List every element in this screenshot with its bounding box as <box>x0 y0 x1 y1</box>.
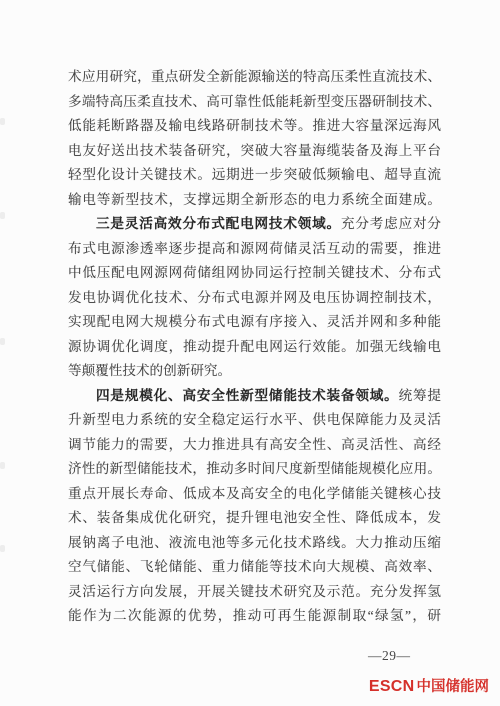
text-line: 调节能力的需要，大力推进具有高安全性、高灵活性、高经 <box>68 433 441 458</box>
text-line: 多端特高压柔直技术、高可靠性低能耗新型变压器研制技术、 <box>68 90 441 115</box>
text-line: 中低压配电网源网荷储组网协同运行控制关键技术、分布式 <box>68 261 441 286</box>
text-line: 实现配电网大规模分布式电源有序接入、灵活并网和多种能 <box>68 310 441 335</box>
text-line: 源协调优化调度，推动提升配电网运行效能。加强无线输电 <box>68 335 441 360</box>
body-text-segment: 等颠覆性技术的创新研究。 <box>68 363 231 378</box>
body-text-segment: 多端特高压柔直技术、高可靠性低能耗新型变压器研制技术、 <box>68 94 441 109</box>
text-line: 布式电源渗透率逐步提高和源网荷储灵活互动的需要，推进 <box>68 237 441 262</box>
text-line: 重点开展长寿命、低成本及高安全的电化学储能关键核心技 <box>68 482 441 507</box>
page-number: —29— <box>368 648 411 664</box>
logo-escn-text: ESCN <box>369 678 415 695</box>
body-text-segment: 灵活运行方向发展，开展关键技术研究及示范。充分发挥氢 <box>68 584 441 599</box>
text-line: 电友好送出技术装备研究，突破大容量海缆装备及海上平台 <box>68 139 441 164</box>
heading-text: 四是规模化、高安全性新型储能技术装备领域。 <box>96 388 399 403</box>
body-text-segment: 统筹提 <box>399 388 441 403</box>
text-line: 输电等新型技术，支撑远期全新形态的电力系统全面建成。 <box>68 188 441 213</box>
body-text-segment: 低能耗断路器及输电线路研制技术等。推进大容量深远海风 <box>68 118 441 133</box>
body-text-segment: 发电协调优化技术、分布式电源并网及电压协调控制技术， <box>68 290 441 305</box>
text-line: 术、装备集成优化研究，提升锂电池安全性、降低成本，发 <box>68 506 441 531</box>
scan-artifact <box>0 212 5 219</box>
scan-artifact <box>0 462 5 469</box>
text-line: 济性的新型储能技术，推动多时间尺度新型储能规模化应用。 <box>68 457 441 482</box>
body-text-segment: 轻型化设计关键技术。远期进一步突破低频输电、超导直流 <box>68 167 441 182</box>
text-line: 等颠覆性技术的创新研究。 <box>68 359 441 384</box>
text-line: 升新型电力系统的安全稳定运行水平、供电保障能力及灵活 <box>68 408 441 433</box>
body-text-segment: 重点开展长寿命、低成本及高安全的电化学储能关键核心技 <box>68 486 441 501</box>
text-line: 四是规模化、高安全性新型储能技术装备领域。统筹提 <box>68 384 441 409</box>
text-line: 轻型化设计关键技术。远期进一步突破低频输电、超导直流 <box>68 163 441 188</box>
body-text-segment: 空气储能、飞轮储能、重力储能等技术向大规模、高效率、 <box>68 559 441 574</box>
body-text-segment: 中低压配电网源网荷储组网协同运行控制关键技术、分布式 <box>68 265 441 280</box>
text-line: 灵活运行方向发展，开展关键技术研究及示范。充分发挥氢 <box>68 580 441 605</box>
body-text-segment: 展钠离子电池、液流电池等多元化技术路线。大力推动压缩 <box>68 535 441 550</box>
body-text-segment: 充分考虑应对分 <box>341 216 441 231</box>
text-line: 空气储能、飞轮储能、重力储能等技术向大规模、高效率、 <box>68 555 441 580</box>
scan-artifact <box>0 118 5 125</box>
body-text-segment: 济性的新型储能技术，推动多时间尺度新型储能规模化应用。 <box>68 461 441 476</box>
body-text-segment: 输电等新型技术，支撑远期全新形态的电力系统全面建成。 <box>68 192 441 207</box>
text-line: 展钠离子电池、液流电池等多元化技术路线。大力推动压缩 <box>68 531 441 556</box>
scan-artifact <box>0 545 5 552</box>
document-page: 术应用研究，重点研发全新能源输送的特高压柔性直流技术、多端特高压柔直技术、高可靠… <box>0 0 500 706</box>
text-line: 发电协调优化技术、分布式电源并网及电压协调控制技术， <box>68 286 441 311</box>
text-line: 低能耗断路器及输电线路研制技术等。推进大容量深远海风 <box>68 114 441 139</box>
body-text-segment: 源协调优化调度，推动提升配电网运行效能。加强无线输电 <box>68 339 441 354</box>
logo-cn-text: 中国储能网 <box>417 679 490 695</box>
heading-text: 三是灵活高效分布式配电网技术领域。 <box>96 216 341 231</box>
body-text-segment: 术应用研究，重点研发全新能源输送的特高压柔性直流技术、 <box>68 69 441 84</box>
text-line: 三是灵活高效分布式配电网技术领域。充分考虑应对分 <box>68 212 441 237</box>
body-text-segment: 升新型电力系统的安全稳定运行水平、供电保障能力及灵活 <box>68 412 441 427</box>
body-text-segment: 布式电源渗透率逐步提高和源网荷储灵活互动的需要，推进 <box>68 241 441 256</box>
scan-artifact <box>0 338 5 345</box>
body-text-segment: 能作为二次能源的优势，推动可再生能源制取“绿氢”，研 <box>68 608 441 623</box>
body-text-segment: 调节能力的需要，大力推进具有高安全性、高灵活性、高经 <box>68 437 441 452</box>
escn-logo: ESCN中国储能网 <box>369 679 489 695</box>
body-text: 术应用研究，重点研发全新能源输送的特高压柔性直流技术、多端特高压柔直技术、高可靠… <box>68 65 441 629</box>
body-text-segment: 实现配电网大规模分布式电源有序接入、灵活并网和多种能 <box>68 314 441 329</box>
body-text-segment: 电友好送出技术装备研究，突破大容量海缆装备及海上平台 <box>68 143 441 158</box>
text-line: 术应用研究，重点研发全新能源输送的特高压柔性直流技术、 <box>68 65 441 90</box>
text-line: 能作为二次能源的优势，推动可再生能源制取“绿氢”，研 <box>68 604 441 629</box>
body-text-segment: 术、装备集成优化研究，提升锂电池安全性、降低成本，发 <box>68 510 441 525</box>
